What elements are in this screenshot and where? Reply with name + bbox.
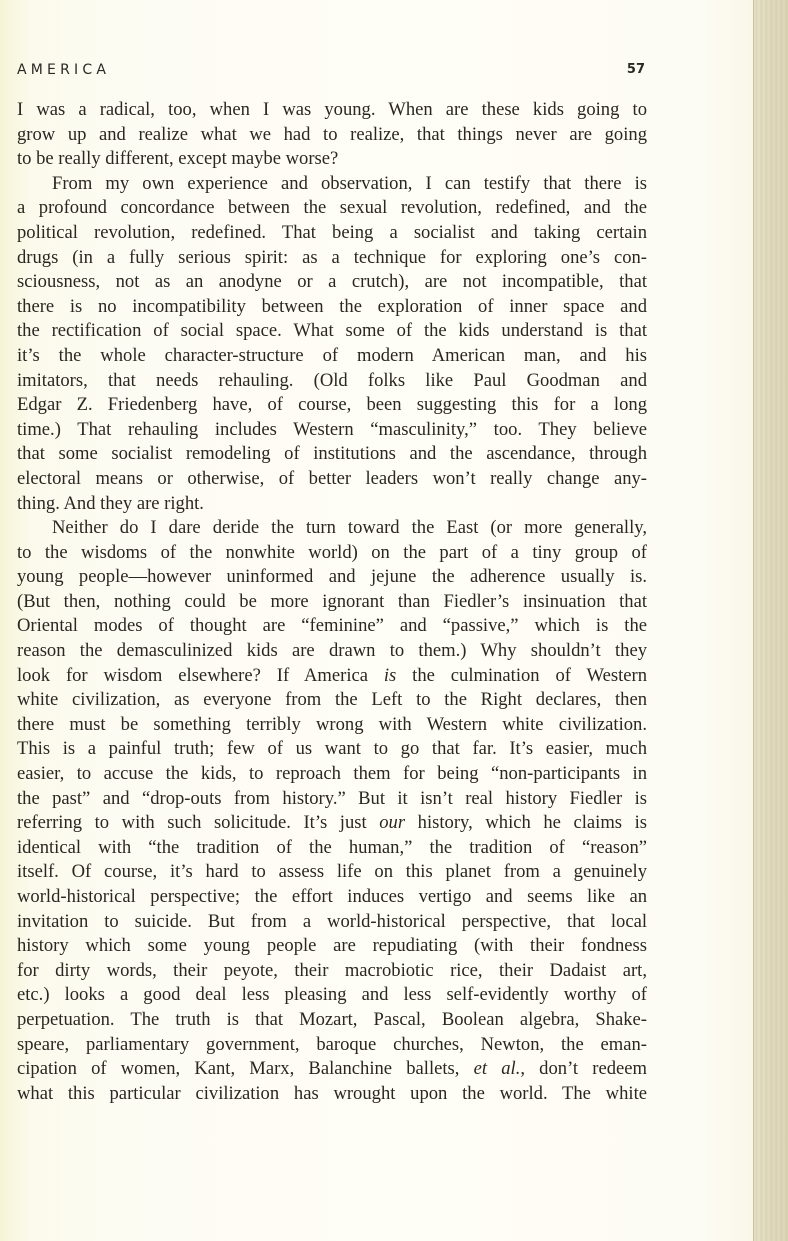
paragraph: From my own experience and observation, … xyxy=(17,172,647,516)
text-line: world-historical perspective; the effort… xyxy=(17,885,647,910)
running-head-title: AMERICA xyxy=(17,62,110,78)
text-line: there is no incompatibility between the … xyxy=(17,295,647,320)
text-line: grow up and realize what we had to reali… xyxy=(17,123,647,148)
text-line: thing. And they are right. xyxy=(17,492,647,517)
text-line: perpetuation. The truth is that Mozart, … xyxy=(17,1008,647,1033)
text-line: look for wisdom elsewhere? If America is… xyxy=(17,664,647,689)
text-line: reason the demasculinized kids are drawn… xyxy=(17,639,647,664)
text-line: a profound concordance between the sexua… xyxy=(17,196,647,221)
italic-text: is xyxy=(384,665,396,686)
text-line: speare, parliamentary government, baroqu… xyxy=(17,1033,647,1058)
text-line: that some socialist remodeling of instit… xyxy=(17,442,647,467)
text-line: electoral means or otherwise, of better … xyxy=(17,467,647,492)
text-line: (But then, nothing could be more ignoran… xyxy=(17,590,647,615)
running-head: AMERICA 57 xyxy=(17,62,647,82)
text-line: time.) That rehauling includes Western “… xyxy=(17,418,647,443)
text-line: to the wisdoms of the nonwhite world) on… xyxy=(17,541,647,566)
text-line: cipation of women, Kant, Marx, Balanchin… xyxy=(17,1057,647,1082)
text-line: history which some young people are repu… xyxy=(17,934,647,959)
text-line: Neither do I dare deride the turn toward… xyxy=(17,516,647,541)
text-line: drugs (in a fully serious spirit: as a t… xyxy=(17,246,647,271)
text-line: referring to with such solicitude. It’s … xyxy=(17,811,647,836)
text-line: political revolution, redefined. That be… xyxy=(17,221,647,246)
text-line: there must be something terribly wrong w… xyxy=(17,713,647,738)
text-line: sciousness, not as an anodyne or a crutc… xyxy=(17,270,647,295)
text-line: easier, to accuse the kids, to reproach … xyxy=(17,762,647,787)
text-line: Edgar Z. Friedenberg have, of course, be… xyxy=(17,393,647,418)
text-line: what this particular civilization has wr… xyxy=(17,1082,647,1107)
text-line: Oriental modes of thought are “feminine”… xyxy=(17,614,647,639)
text-line: young people—however uninformed and jeju… xyxy=(17,565,647,590)
paragraph: I was a radical, too, when I was young. … xyxy=(17,98,647,172)
text-line: the rectification of social space. What … xyxy=(17,319,647,344)
body-text: I was a radical, too, when I was young. … xyxy=(17,98,647,1106)
text-line: to be really different, except maybe wor… xyxy=(17,147,647,172)
italic-text: our xyxy=(379,812,405,833)
text-line: From my own experience and observation, … xyxy=(17,172,647,197)
text-line: the past” and “drop-outs from history.” … xyxy=(17,787,647,812)
text-line: This is a painful truth; few of us want … xyxy=(17,737,647,762)
text-line: for dirty words, their peyote, their mac… xyxy=(17,959,647,984)
text-line: etc.) looks a good deal less pleasing an… xyxy=(17,983,647,1008)
page-number: 57 xyxy=(627,62,645,77)
text-line: it’s the whole character-structure of mo… xyxy=(17,344,647,369)
text-line: white civilization, as everyone from the… xyxy=(17,688,647,713)
italic-text: et al. xyxy=(474,1058,521,1079)
text-line: invitation to suicide. But from a world-… xyxy=(17,910,647,935)
paragraph: Neither do I dare deride the turn toward… xyxy=(17,516,647,1106)
text-line: itself. Of course, it’s hard to assess l… xyxy=(17,860,647,885)
page-edges xyxy=(753,0,788,1241)
text-line: identical with “the tradition of the hum… xyxy=(17,836,647,861)
text-line: imitators, that needs rehauling. (Old fo… xyxy=(17,369,647,394)
text-line: I was a radical, too, when I was young. … xyxy=(17,98,647,123)
